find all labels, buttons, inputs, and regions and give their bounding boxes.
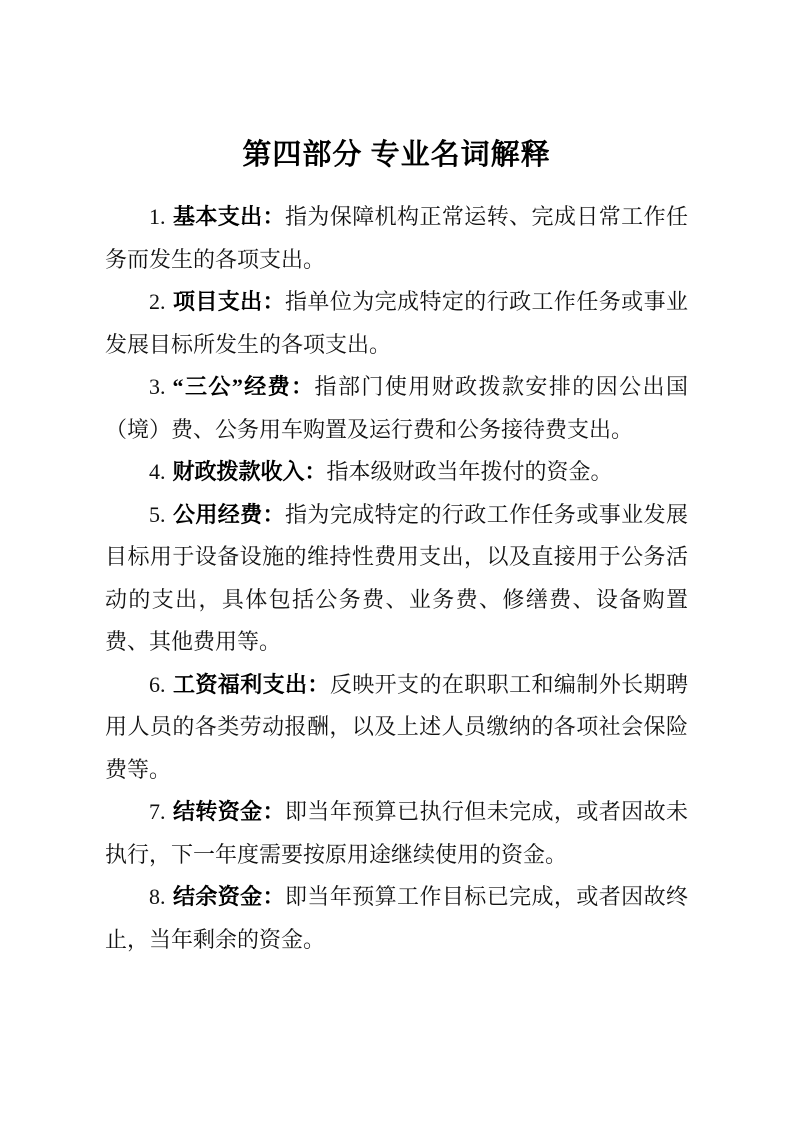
definition-term: 工资福利支出： [173,672,330,697]
definition-term: 财政拨款收入： [173,459,327,484]
definition-paragraph-fiscal-appropriation-income: 4.财政拨款收入：指本级财政当年拨付的资金。 [105,451,688,494]
definition-number: 8. [149,884,166,909]
definition-text: 指本级财政当年拨付的资金。 [327,459,613,484]
definition-paragraph-salary-welfare-expenditure: 6.工资福利支出：反映开支的在职职工和编制外长期聘用人员的各类劳动报酬，以及上述… [105,664,688,792]
definition-paragraph-carryover-funds: 7.结转资金：即当年预算已执行但未完成，或者因故未执行，下一年度需要按原用途继续… [105,791,688,876]
definition-term: 基本支出： [173,204,285,229]
definition-term: 结转资金： [173,799,285,824]
definition-paragraph-surplus-funds: 8.结余资金：即当年预算工作目标已完成，或者因故终止，当年剩余的资金。 [105,876,688,961]
definition-number: 6. [149,672,166,697]
definition-number: 4. [149,459,166,484]
definition-number: 2. [149,289,166,314]
definition-term: 项目支出： [173,289,285,314]
document-page: 第四部分 专业名词解释 1.基本支出：指为保障机构正常运转、完成日常工作任务而发… [0,0,793,1122]
definition-term: 结余资金： [173,884,285,909]
page-title: 第四部分 专业名词解释 [105,134,688,176]
definition-paragraph-basic-expenditure: 1.基本支出：指为保障机构正常运转、完成日常工作任务而发生的各项支出。 [105,196,688,281]
definition-number: 1. [149,204,166,229]
definition-number: 5. [149,502,166,527]
definition-paragraph-three-public-funds: 3.“三公”经费：指部门使用财政拨款安排的因公出国（境）费、公务用车购置及运行费… [105,366,688,451]
glossary-content: 1.基本支出：指为保障机构正常运转、完成日常工作任务而发生的各项支出。 2.项目… [105,196,688,961]
definition-number: 7. [149,799,166,824]
definition-paragraph-project-expenditure: 2.项目支出：指单位为完成特定的行政工作任务或事业发展目标所发生的各项支出。 [105,281,688,366]
definition-paragraph-public-funds: 5.公用经费：指为完成特定的行政工作任务或事业发展目标用于设备设施的维持性费用支… [105,494,688,664]
definition-term: “三公”经费： [173,374,315,399]
definition-term: 公用经费： [173,502,285,527]
definition-number: 3. [149,374,166,399]
